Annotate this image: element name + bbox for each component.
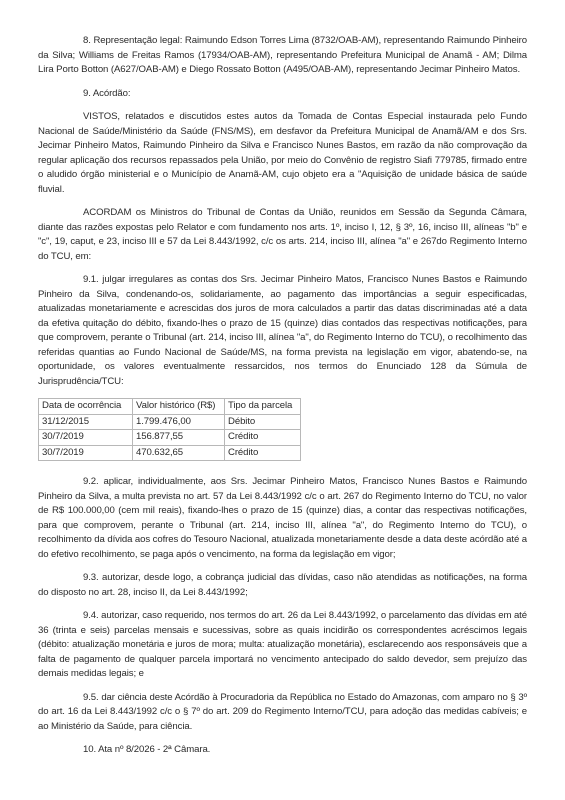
column-header-data: Data de ocorrência: [39, 399, 133, 415]
paragraph-ata: 10. Ata nº 8/2026 - 2ª Câmara.: [38, 743, 527, 758]
paragraph-vistos: VISTOS, relatados e discutidos estes aut…: [38, 110, 527, 197]
paragraph-item-9-3: 9.3. autorizar, desde logo, a cobrança j…: [38, 571, 527, 600]
paragraph-item-9-4: 9.4. autorizar, caso requerido, nos term…: [38, 609, 527, 682]
parcelas-table: Data de ocorrência Valor histórico (R$) …: [38, 398, 301, 461]
cell-valor: 1.799.476,00: [133, 414, 225, 430]
cell-valor: 470.632,65: [133, 445, 225, 461]
table-row: 30/7/2019 156.877,55 Crédito: [39, 430, 301, 446]
cell-tipo: Débito: [225, 414, 301, 430]
document-page: 8. Representação legal: Raimundo Edson T…: [38, 34, 527, 767]
cell-data: 31/12/2015: [39, 414, 133, 430]
table-header-row: Data de ocorrência Valor histórico (R$) …: [39, 399, 301, 415]
paragraph-acordao-heading: 9. Acórdão:: [38, 87, 527, 102]
table-row: 30/7/2019 470.632,65 Crédito: [39, 445, 301, 461]
cell-data: 30/7/2019: [39, 445, 133, 461]
column-header-valor: Valor histórico (R$): [133, 399, 225, 415]
table-row: 31/12/2015 1.799.476,00 Débito: [39, 414, 301, 430]
cell-valor: 156.877,55: [133, 430, 225, 446]
paragraph-item-9-5: 9.5. dar ciência deste Acórdão à Procura…: [38, 691, 527, 735]
column-header-tipo: Tipo da parcela: [225, 399, 301, 415]
paragraph-acordam: ACORDAM os Ministros do Tribunal de Cont…: [38, 206, 527, 264]
paragraph-item-9-1: 9.1. julgar irregulares as contas dos Sr…: [38, 273, 527, 389]
cell-tipo: Crédito: [225, 430, 301, 446]
paragraph-item-9-2: 9.2. aplicar, individualmente, aos Srs. …: [38, 475, 527, 562]
cell-tipo: Crédito: [225, 445, 301, 461]
paragraph-representacao-legal: 8. Representação legal: Raimundo Edson T…: [38, 34, 527, 78]
cell-data: 30/7/2019: [39, 430, 133, 446]
